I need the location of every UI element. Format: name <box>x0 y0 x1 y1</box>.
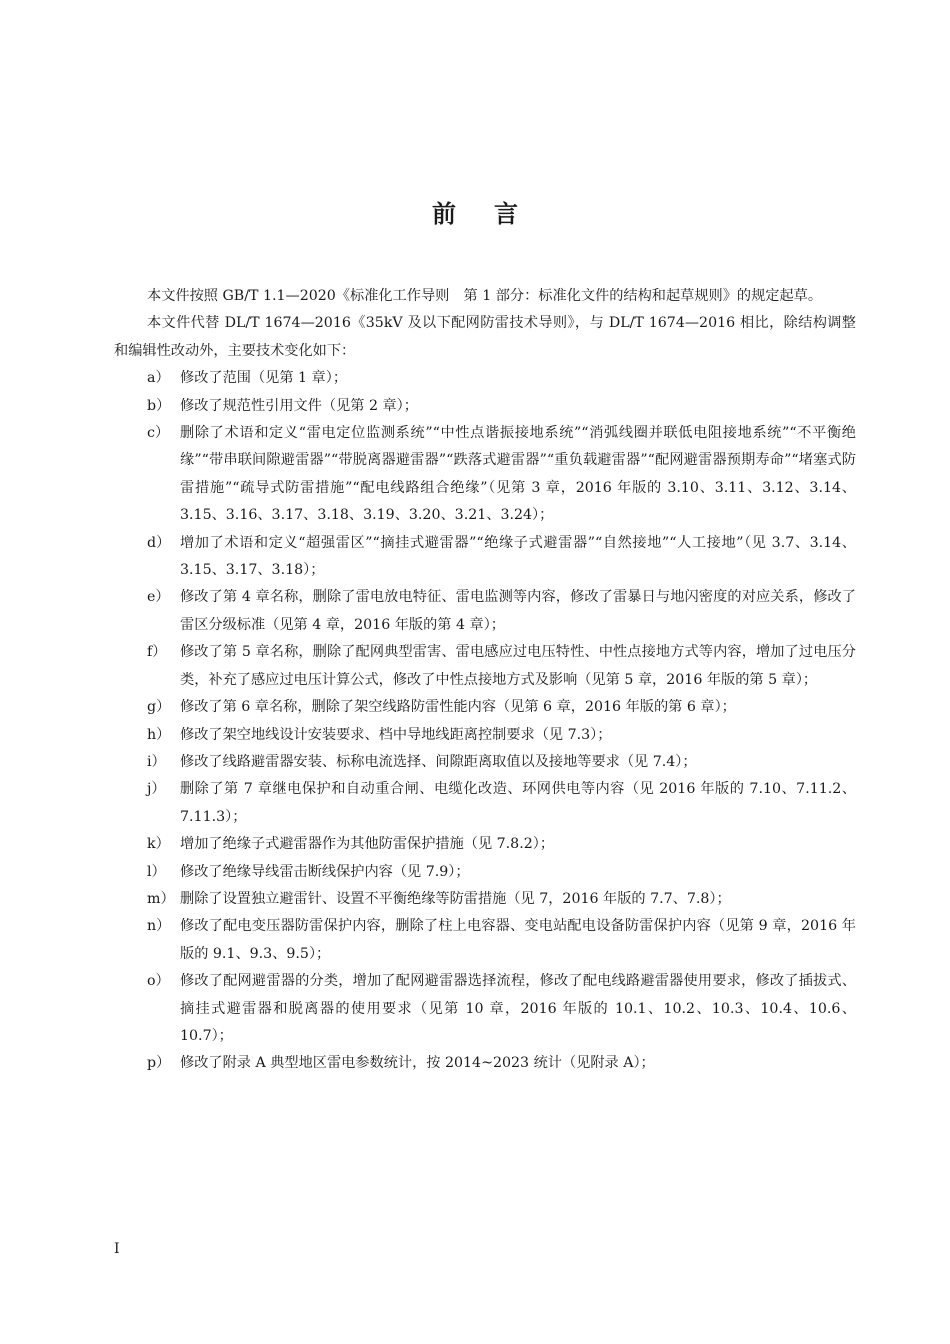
list-item-text: 增加了绝缘子式避雷器作为其他防雷保护措施（见 7.8.2）； <box>180 836 554 852</box>
list-item: a）修改了范围（见第 1 章）； <box>114 365 856 392</box>
list-item-text: 增加了术语和定义“超强雷区”“摘挂式避雷器”“绝缘子式避雷器”“自然接地”“人工… <box>180 535 856 578</box>
list-item: k）增加了绝缘子式避雷器作为其他防雷保护措施（见 7.8.2）； <box>114 831 856 858</box>
list-marker: p） <box>147 1050 170 1077</box>
list-item: p）修改了附录 A 典型地区雷电参数统计，按 2014~2023 统计（见附录 … <box>114 1050 856 1077</box>
list-item: l）修改了绝缘导线雷击断线保护内容（见 7.9）； <box>114 859 856 886</box>
list-item-text: 修改了配网避雷器的分类，增加了配网避雷器选择流程，修改了配电线路避雷器使用要求，… <box>180 973 856 1044</box>
page-number: I <box>114 1240 120 1258</box>
list-item: i）修改了线路避雷器安装、标称电流选择、间隙距离取值以及接地等要求（见 7.4）… <box>114 749 856 776</box>
list-item-text: 删除了设置独立避雷针、设置不平衡绝缘等防雷措施（见 7，2016 年版的 7.7… <box>180 891 731 907</box>
list-marker: i） <box>147 749 166 776</box>
paragraph-drafting-basis: 本文件按照 GB/T 1.1—2020《标准化工作导则 第 1 部分：标准化文件… <box>114 283 856 310</box>
list-marker: d） <box>147 530 170 557</box>
list-marker: c） <box>147 420 169 447</box>
list-marker: k） <box>147 831 170 858</box>
list-item: e）修改了第 4 章名称，删除了雷电放电特征、雷电监测等内容，修改了雷暴日与地闪… <box>114 584 856 639</box>
list-marker: o） <box>147 968 170 995</box>
list-item: g）修改了第 6 章名称，删除了架空线路防雷性能内容（见第 6 章，2016 年… <box>114 694 856 721</box>
list-item: j）删除了第 7 章继电保护和自动重合闸、电缆化改造、环网供电等内容（见 201… <box>114 776 856 831</box>
list-marker: n） <box>147 913 170 940</box>
list-item-text: 修改了第 5 章名称，删除了配网典型雷害、雷电感应过电压特性、中性点接地方式等内… <box>180 644 856 687</box>
list-item-text: 删除了术语和定义“雷电定位监测系统”“中性点谐振接地系统”“消弧线圈并联低电阻接… <box>180 425 856 523</box>
list-item-text: 修改了范围（见第 1 章）； <box>180 370 347 386</box>
list-item-text: 删除了第 7 章继电保护和自动重合闸、电缆化改造、环网供电等内容（见 2016 … <box>180 781 856 824</box>
list-item: o）修改了配网避雷器的分类，增加了配网避雷器选择流程，修改了配电线路避雷器使用要… <box>114 968 856 1050</box>
changes-list: a）修改了范围（见第 1 章）； b）修改了规范性引用文件（见第 2 章）； c… <box>114 365 856 1078</box>
list-item: d）增加了术语和定义“超强雷区”“摘挂式避雷器”“绝缘子式避雷器”“自然接地”“… <box>114 530 856 585</box>
list-item-text: 修改了第 6 章名称，删除了架空线路防雷性能内容（见第 6 章，2016 年版的… <box>180 699 736 715</box>
paragraph-replacement-note: 本文件代替 DL/T 1674—2016《35kV 及以下配网防雷技术导则》，与… <box>114 310 856 365</box>
list-marker: f） <box>147 639 166 666</box>
list-item-text: 修改了绝缘导线雷击断线保护内容（见 7.9）； <box>180 864 470 880</box>
list-item: b）修改了规范性引用文件（见第 2 章）； <box>114 393 856 420</box>
list-item: n）修改了配电变压器防雷保护内容，删除了柱上电容器、变电站配电设备防雷保护内容（… <box>114 913 856 968</box>
document-page: 前言 本文件按照 GB/T 1.1—2020《标准化工作导则 第 1 部分：标准… <box>0 0 950 1344</box>
list-item-text: 修改了附录 A 典型地区雷电参数统计，按 2014~2023 统计（见附录 A）… <box>180 1055 655 1071</box>
list-marker: m） <box>147 886 175 913</box>
list-item: c）删除了术语和定义“雷电定位监测系统”“中性点谐振接地系统”“消弧线圈并联低电… <box>114 420 856 530</box>
list-marker: e） <box>147 584 170 611</box>
list-item-text: 修改了配电变压器防雷保护内容，删除了柱上电容器、变电站配电设备防雷保护内容（见第… <box>180 918 856 961</box>
list-item-text: 修改了线路避雷器安装、标称电流选择、间隙距离取值以及接地等要求（见 7.4）； <box>180 754 697 770</box>
list-marker: a） <box>147 365 170 392</box>
list-marker: g） <box>147 694 170 721</box>
list-item: h）修改了架空地线设计安装要求、档中导地线距离控制要求（见 7.3）； <box>114 722 856 749</box>
document-body: 本文件按照 GB/T 1.1—2020《标准化工作导则 第 1 部分：标准化文件… <box>114 283 856 1078</box>
list-marker: j） <box>147 776 166 803</box>
list-item: m）删除了设置独立避雷针、设置不平衡绝缘等防雷措施（见 7，2016 年版的 7… <box>114 886 856 913</box>
list-item-text: 修改了规范性引用文件（见第 2 章）； <box>180 398 418 414</box>
list-item-text: 修改了第 4 章名称，删除了雷电放电特征、雷电监测等内容，修改了雷暴日与地闪密度… <box>180 589 856 632</box>
list-marker: b） <box>147 393 170 420</box>
list-marker: h） <box>147 722 170 749</box>
list-marker: l） <box>147 859 166 886</box>
list-item-text: 修改了架空地线设计安装要求、档中导地线距离控制要求（见 7.3）； <box>180 727 611 743</box>
list-item: f）修改了第 5 章名称，删除了配网典型雷害、雷电感应过电压特性、中性点接地方式… <box>114 639 856 694</box>
page-title: 前言 <box>0 198 950 230</box>
